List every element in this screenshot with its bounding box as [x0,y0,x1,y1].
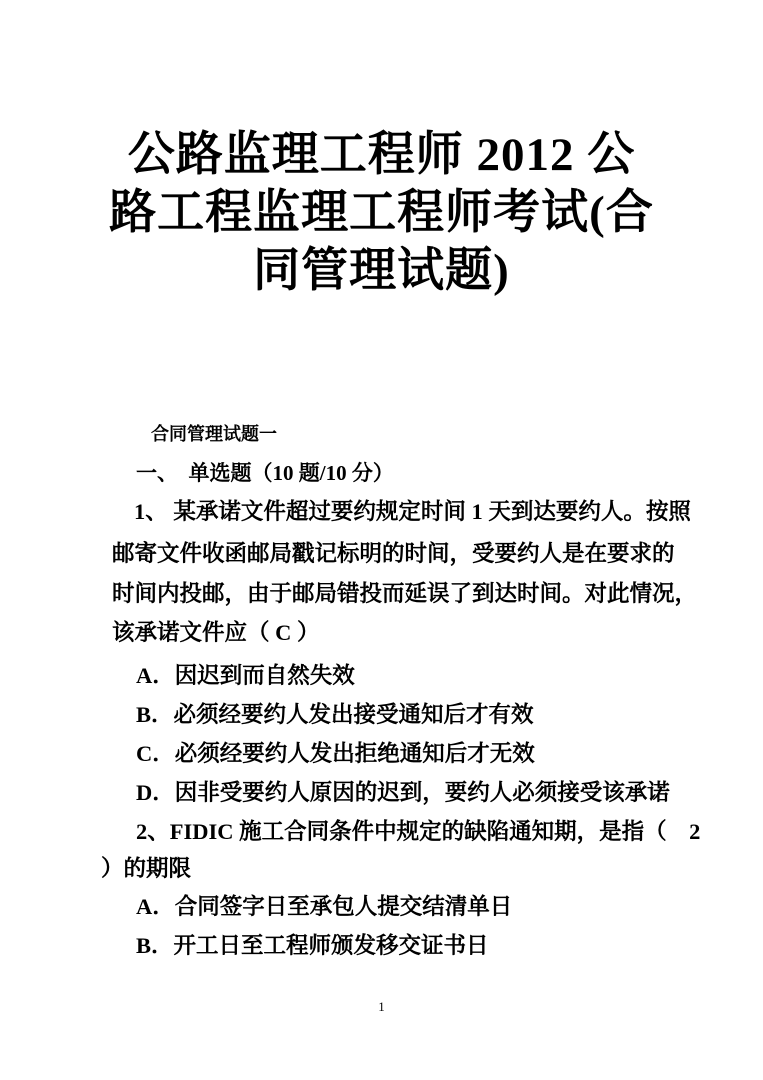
exam-subtitle: 合同管理试题一 [151,423,277,445]
question-2-option-a: A．合同签字日至承包人提交结清单日 [136,893,512,920]
question-2-option-b: B．开工日至工程师颁发移交证书日 [136,932,489,959]
question-1-line-2: 邮寄文件收函邮局戳记标明的时间，受要约人是在要求的 [112,540,675,567]
question-1-option-d: D．因非受要约人原因的迟到，要约人必须接受该承诺 [136,779,670,806]
question-2-line-2: ）的期限 [101,855,191,882]
question-1-option-b: B．必须经要约人发出接受通知后才有效 [136,701,534,728]
question-1-option-c: C．必须经要约人发出拒绝通知后才无效 [136,740,535,767]
title-line-2: 路工程监理工程师考试(合 [0,184,763,242]
question-2-line-1: 2、FIDIC 施工合同条件中规定的缺陷通知期，是指（ 2 [136,818,700,845]
question-1-line-1: 1、 某承诺文件超过要约规定时间 1 天到达要约人。按照 [134,498,691,525]
question-1-line-3: 时间内投邮，由于邮局错投而延误了到达时间。对此情况， [112,580,697,607]
title-line-3: 同管理试题) [0,242,763,300]
page-number: 1 [0,999,763,1015]
document-title: 公路监理工程师 2012 公 路工程监理工程师考试(合 同管理试题) [0,126,763,300]
title-line-1: 公路监理工程师 2012 公 [0,126,763,184]
question-1-line-4: 该承诺文件应（ C ） [112,619,320,646]
page: 公路监理工程师 2012 公 路工程监理工程师考试(合 同管理试题) 合同管理试… [0,0,763,1080]
section-heading: 一、 单选题（10 题/10 分） [136,461,394,486]
question-1-option-a: A．因迟到而自然失效 [136,662,355,689]
